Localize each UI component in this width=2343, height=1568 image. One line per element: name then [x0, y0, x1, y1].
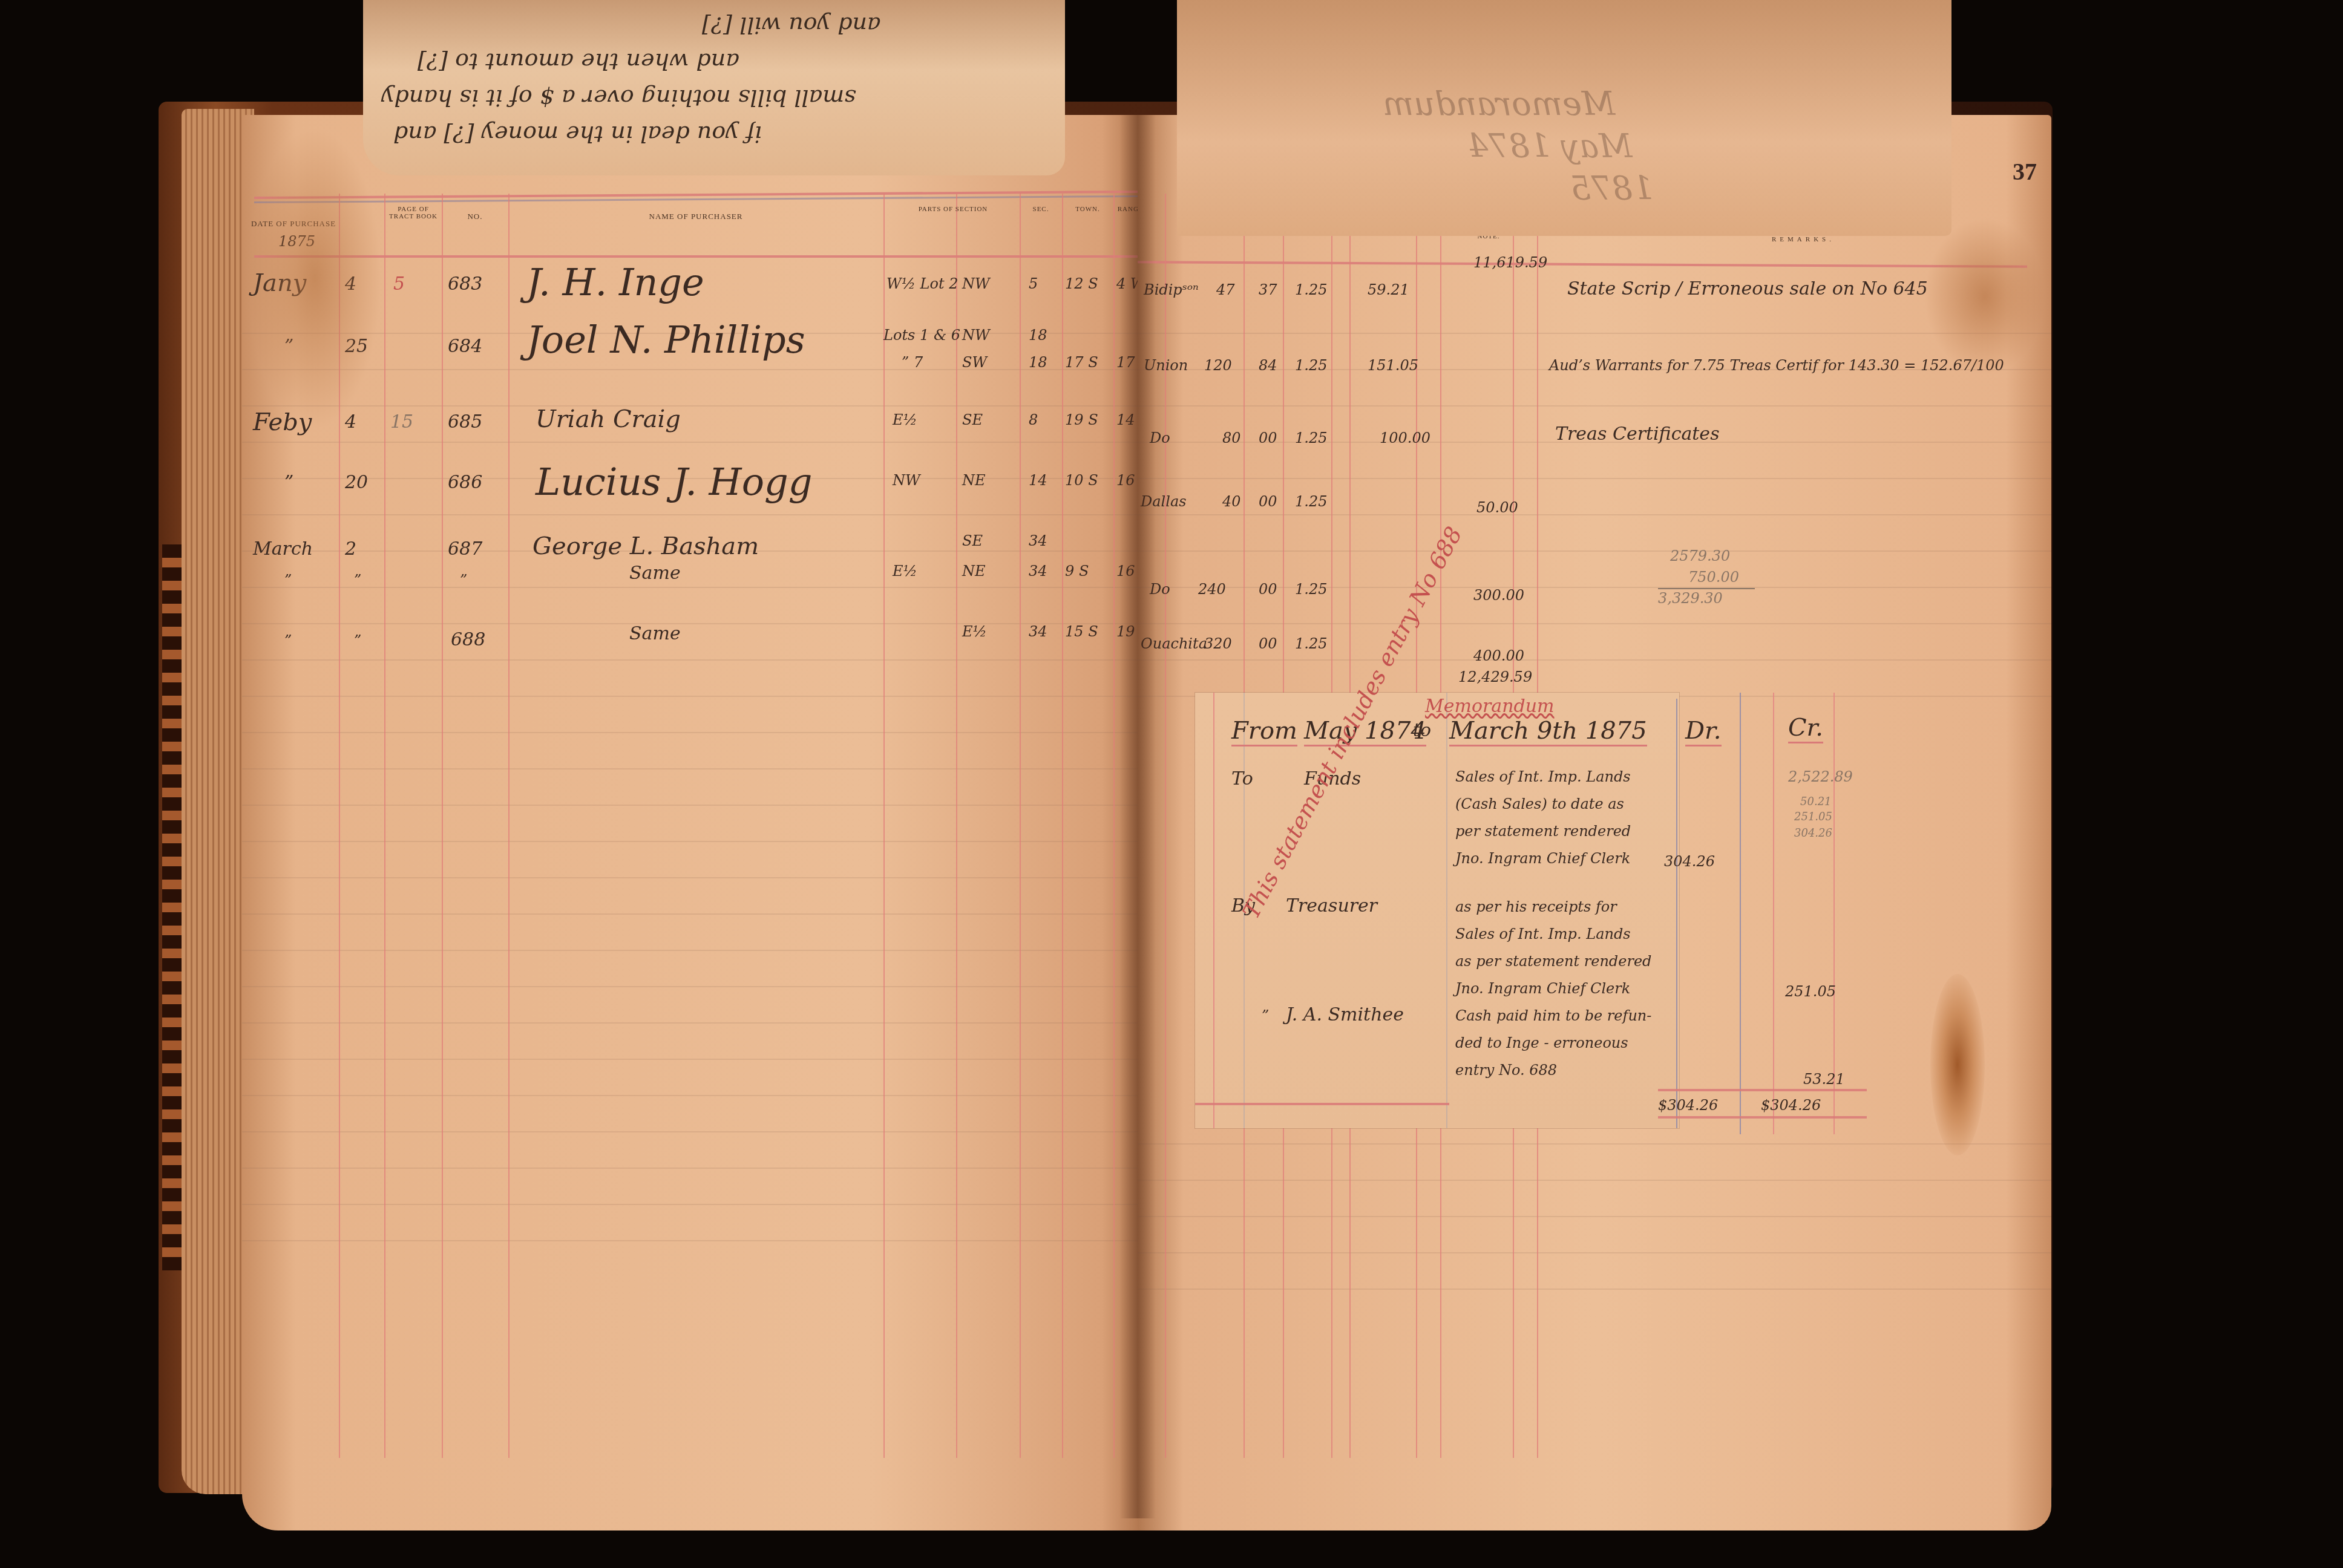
carried-forward: 11,619.59 — [1473, 254, 1547, 271]
memorandum-slip: Memorandum From May 1874 to March 9th 18… — [1195, 693, 1679, 1128]
header-page-of-tract-book: Page of Tract Book — [386, 206, 441, 220]
page-number: 37 — [2013, 157, 2037, 186]
memorandum-title: Memorandum — [1425, 696, 1555, 717]
gutter-shadow — [1119, 115, 1156, 1518]
folded-flap-upside-down: if you deal in the money [?] and small b… — [363, 0, 1065, 175]
age-stain — [1924, 218, 2045, 375]
header-sec: Sec. — [1020, 206, 1062, 213]
cr-header: Cr. — [1788, 714, 1823, 743]
header-remarks: Remarks. — [1682, 236, 1924, 243]
age-stain — [248, 127, 381, 430]
cr-total: $304.26 — [1761, 1097, 1821, 1114]
left-page: Date of Purchase 1875 Page of Tract Book… — [242, 115, 1138, 1530]
dr-total: $304.26 — [1658, 1097, 1718, 1114]
header-town: Town. — [1062, 206, 1113, 213]
note-total: 12,429.59 — [1458, 668, 1532, 685]
header-bottom-rule — [254, 255, 1138, 258]
cr-amount: 53.21 — [1803, 1071, 1845, 1088]
cr-amount: 251.05 — [1785, 983, 1836, 1000]
header-parts-of-section: Parts of Section — [883, 206, 1023, 213]
header-no: No. — [445, 212, 505, 221]
header-bottom-rule — [1138, 261, 2027, 268]
water-stain — [1930, 974, 1985, 1155]
cr-amount: 2,522.89 — [1788, 768, 1853, 785]
dr-header: Dr. — [1685, 717, 1722, 746]
slip-amount-columns: Dr. Cr. 2,522.89 50.21 251.05 304.26 304… — [1658, 693, 1867, 1134]
dr-amount: 304.26 — [1664, 853, 1715, 870]
header-name-of-purchaser: Name of Purchaser — [514, 212, 877, 221]
folded-flap-right: Memorandum May 1874 1875 — [1177, 0, 1951, 236]
